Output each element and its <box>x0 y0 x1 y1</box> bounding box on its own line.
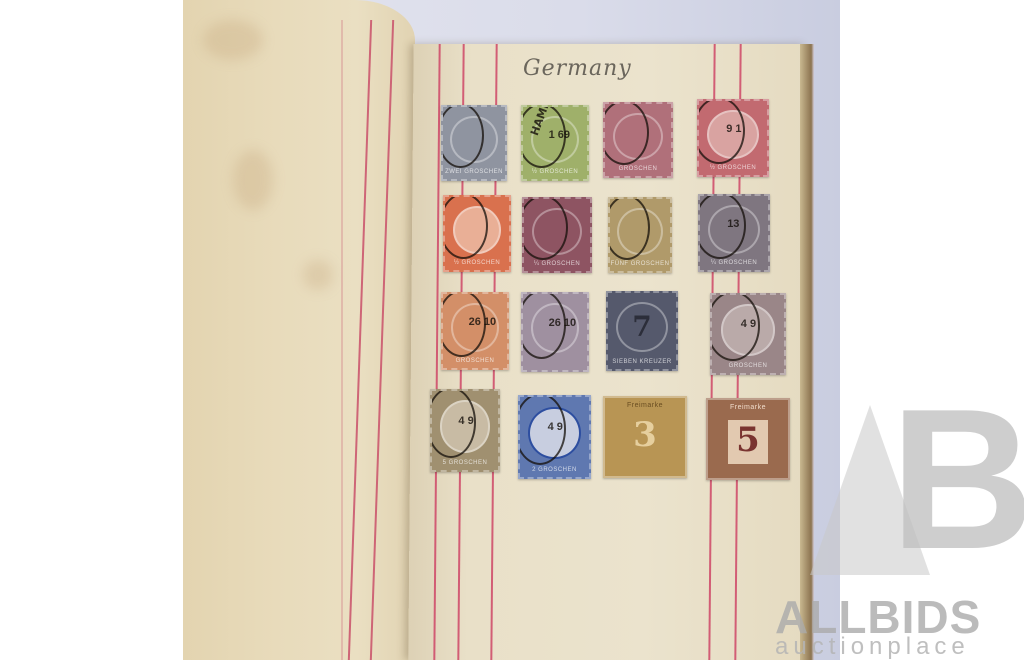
stamp: 26 10 GROSCHEN <box>441 292 509 370</box>
stamp: FÜNF GROSCHEN <box>608 197 672 273</box>
stamp: ½ GROSCHEN <box>443 195 511 272</box>
stamp-album-photo: Germany ZWEI GROSCHEN HAMBUR 1 69 ½ GROS… <box>183 0 840 660</box>
stamp: 26 10 <box>521 292 589 372</box>
stamp: 4 9 GROSCHEN <box>710 293 786 375</box>
left-album-page <box>183 0 415 660</box>
watermark-b-letter: B <box>890 395 1024 565</box>
stamp: GROSCHEN <box>603 102 673 178</box>
stamp: Freimarke 3 <box>603 396 687 478</box>
stamp: HAMBUR 1 69 ½ GROSCHEN <box>521 105 589 181</box>
stamp: 7 SIEBEN KREUZER <box>606 291 678 371</box>
page-heading: Germany <box>523 56 632 81</box>
stamp: 9 1 ½ GROSCHEN <box>697 99 769 177</box>
stamp: ¼ GROSCHEN <box>522 197 592 273</box>
stamp: ZWEI GROSCHEN <box>441 105 507 181</box>
stamp: 4 9 5 GROSCHEN <box>430 389 500 472</box>
stamp: 4 9 2 GROSCHEN <box>518 395 591 479</box>
stamp: 13 ¼ GROSCHEN <box>698 194 770 272</box>
allbids-watermark: B ALLBIDS auctionplace <box>780 395 1024 660</box>
watermark-tagline: auctionplace <box>775 633 970 660</box>
stamp: Freimarke 5 <box>706 398 790 480</box>
